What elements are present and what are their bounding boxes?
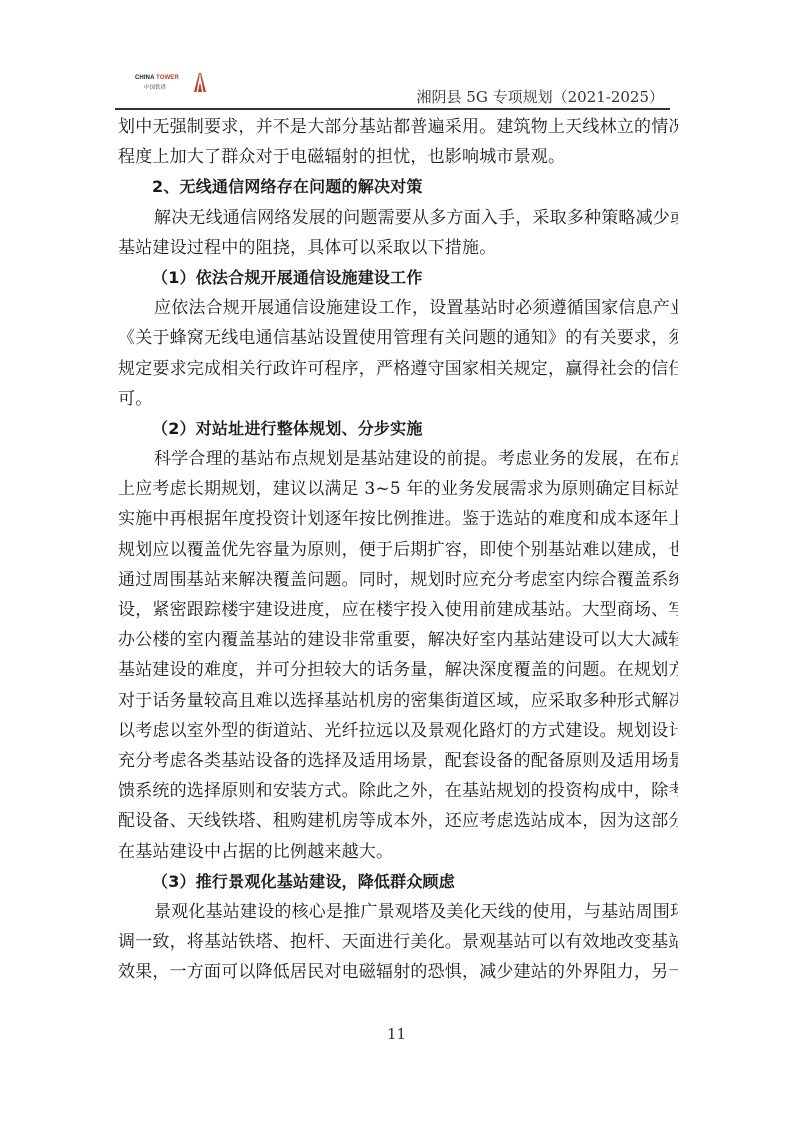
body-text-line: 规划应以覆盖优先容量为原则，便于后期扩容，即使个别基站难以建成，也可以 <box>118 535 678 565</box>
body-text-line: 可。 <box>118 384 678 414</box>
body-text-line: 程度上加大了群众对于电磁辐射的担忧，也影响城市景观。 <box>118 142 678 172</box>
body-text-line: 上应考虑长期规划，建议以满足 3~5 年的业务发展需求为原则确定目标站址， <box>118 474 678 504</box>
tower-logo-icon <box>192 72 208 92</box>
body-text-line: 实施中再根据年度投资计划逐年按比例推进。鉴于选站的难度和成本逐年上升， <box>118 504 678 534</box>
body-text-line: 以考虑以室外型的街道站、光纤拉远以及景观化路灯的方式建设。规划设计时应 <box>118 716 678 746</box>
china-tower-logo: CHINA TOWER 中国铁塔 <box>135 72 210 94</box>
body-text-line: 调一致，将基站铁塔、抱杆、天面进行美化。景观基站可以有效地改变基站视觉 <box>118 927 678 957</box>
section-heading: （1）依法合规开展通信设施建设工作 <box>118 263 678 293</box>
body-text-line: 馈系统的选择原则和安装方式。除此之外，在基站规划的投资构成中，除考虑主 <box>118 776 678 806</box>
body-text-line: 办公楼的室内覆盖基站的建设非常重要，解决好室内基站建设可以大大减轻室外 <box>118 625 678 655</box>
logo-text-cn: 中国铁塔 <box>144 83 166 91</box>
body-text-line: 基站建设过程中的阻挠，具体可以采取以下措施。 <box>118 233 678 263</box>
body-text-line: 科学合理的基站布点规划是基站建设的前提。考虑业务的发展，在布点规划 <box>118 444 678 474</box>
body-text-line: 通过周围基站来解决覆盖问题。同时，规划时应充分考虑室内综合覆盖系统的建 <box>118 565 678 595</box>
body-text-line: 效果，一方面可以降低居民对电磁辐射的恐惧，减少建站的外界阻力，另一方面 <box>118 957 678 987</box>
document-title: 湘阴县 5G 专项规划（2021-2025） <box>417 86 664 107</box>
section-heading: （2）对站址进行整体规划、分步实施 <box>118 414 678 444</box>
body-text-line: 应依法合规开展通信设施建设工作，设置基站时必须遵循国家信息产业部 <box>118 293 678 323</box>
page-number: 11 <box>0 1025 793 1043</box>
body-text-line: 解决无线通信网络发展的问题需要从多方面入手，采取多种策略减少或排除 <box>118 203 678 233</box>
body-text-line: 充分考虑各类基站设备的选择及适用场景，配套设备的配备原则及适用场景，天 <box>118 746 678 776</box>
header-divider <box>115 108 670 110</box>
body-text-line: 规定要求完成相关行政许可程序，严格遵守国家相关规定，赢得社会的信任与认 <box>118 354 678 384</box>
body-text-line: 基站建设的难度，并可分担较大的话务量，解决深度覆盖的问题。在规划方案上， <box>118 655 678 685</box>
body-text-line: 在基站建设中占据的比例越来越大。 <box>118 837 678 867</box>
section-heading: （3）推行景观化基站建设，降低群众顾虑 <box>118 867 678 897</box>
body-text-line: 《关于蜂窝无线电通信基站设置使用管理有关问题的通知》的有关要求，须依照 <box>118 323 678 353</box>
body-text-line: 对于话务量较高且难以选择基站机房的密集街道区域，应采取多种形式解决，可 <box>118 686 678 716</box>
logo-text-en: CHINA TOWER <box>135 75 179 81</box>
body-text-line: 配设备、天线铁塔、租购建机房等成本外，还应考虑选站成本，因为这部分成本 <box>118 806 678 836</box>
body-text-line: 景观化基站建设的核心是推广景观塔及美化天线的使用，与基站周围环境协 <box>118 897 678 927</box>
section-heading: 2、无线通信网络存在问题的解决对策 <box>118 172 678 202</box>
body-text-line: 设，紧密跟踪楼宇建设进度，应在楼宇投入使用前建成基站。大型商场、写字楼、 <box>118 595 678 625</box>
body-text-line: 划中无强制要求，并不是大部分基站都普遍采用。建筑物上天线林立的情况在一定 <box>118 112 678 142</box>
document-body: 划中无强制要求，并不是大部分基站都普遍采用。建筑物上天线林立的情况在一定程度上加… <box>118 112 678 987</box>
